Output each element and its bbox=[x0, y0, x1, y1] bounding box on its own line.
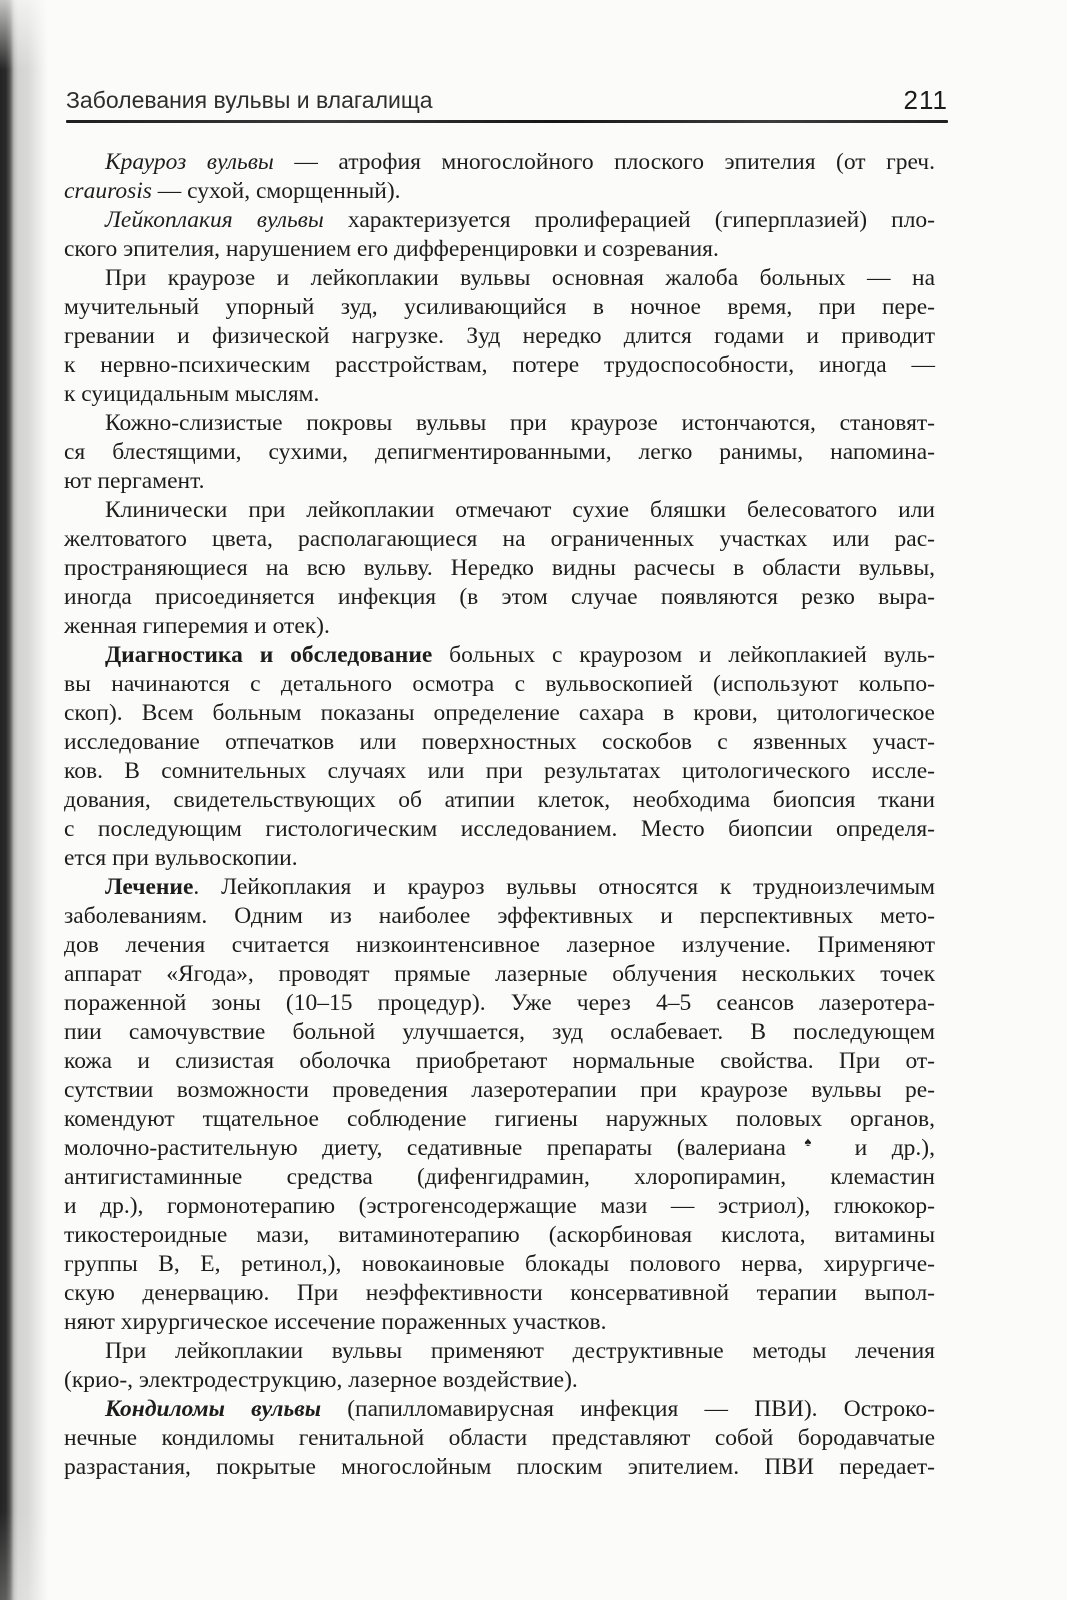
text-line: с последующим гистологическим исследован… bbox=[64, 815, 935, 844]
running-head-title: Заболевания вульвы и влагалища bbox=[66, 86, 433, 114]
text-line: ют пергамент. bbox=[64, 467, 935, 496]
text-segment: ется при вульвоскопии. bbox=[64, 845, 298, 871]
text-line: скоп). Всем больным показаны определение… bbox=[64, 699, 935, 728]
text-line: исследование отпечатков или поверхностны… bbox=[64, 728, 935, 757]
text-segment: Лейкоплакия вульвы bbox=[105, 207, 324, 233]
paragraph: Клинически при лейкоплакии отмечают сухи… bbox=[64, 496, 935, 641]
text-segment: группы В, Е, ретинол,), новокаиновые бло… bbox=[64, 1251, 935, 1277]
text-segment: и др.), гормонотерапию (эстрогенсодержащ… bbox=[64, 1193, 935, 1219]
text-line: женная гиперемия и отек). bbox=[64, 612, 935, 641]
scan-gutter-shadow bbox=[0, 0, 50, 1600]
text-segment: дования, свидетельствующих об атипии кле… bbox=[64, 787, 935, 813]
text-segment: Кондиломы вульвы bbox=[105, 1396, 321, 1422]
text-line: комендуют тщательное соблюдение гигиены … bbox=[64, 1105, 935, 1134]
text-segment: скую денервацию. При неэффективности кон… bbox=[64, 1280, 935, 1306]
text-line: Клинически при лейкоплакии отмечают сухи… bbox=[64, 496, 935, 525]
text-line: иногда присоединяется инфекция (в этом с… bbox=[64, 583, 935, 612]
text-segment: исследование отпечатков или поверхностны… bbox=[64, 729, 935, 755]
text-segment: аппарат «Ягода», проводят прямые лазерны… bbox=[64, 961, 935, 987]
text-segment: Лечение bbox=[105, 874, 193, 900]
text-segment: тикостероидные мази, витаминотерапию (ас… bbox=[64, 1222, 935, 1248]
text-line: (крио-, электродеструкцию, лазерное возд… bbox=[64, 1366, 935, 1395]
text-segment: Клинически при лейкоплакии отмечают сухи… bbox=[105, 497, 935, 523]
text-segment: Кожно-слизистые покровы вульвы при краур… bbox=[105, 410, 935, 436]
text-segment: . Лейкоплакия и крауроз вульвы относятся… bbox=[193, 874, 935, 900]
text-line: заболеваниям. Одним из наиболее эффектив… bbox=[64, 902, 935, 931]
text-line: няют хирургическое иссечение пораженных … bbox=[64, 1308, 935, 1337]
text-segment: и др.), bbox=[830, 1135, 935, 1161]
text-segment: заболеваниям. Одним из наиболее эффектив… bbox=[64, 903, 935, 929]
text-segment: ков. В сомнительных случаях или при резу… bbox=[64, 758, 935, 784]
text-segment: мучительный упорный зуд, усиливающийся в… bbox=[64, 294, 935, 320]
paragraph: Диагностика и обследование больных с кра… bbox=[64, 641, 935, 873]
text-line: антигистаминные средства (дифенгидрамин,… bbox=[64, 1163, 935, 1192]
text-line: пии самочувствие больной улучшается, зуд… bbox=[64, 1018, 935, 1047]
text-line: При краурозе и лейкоплакии вульвы основн… bbox=[64, 264, 935, 293]
text-segment: При лейкоплакии вульвы применяют деструк… bbox=[105, 1338, 935, 1364]
text-segment: гревании и физической нагрузке. Зуд нере… bbox=[64, 323, 935, 349]
text-segment: пораженной зоны (10–15 процедур). Уже че… bbox=[64, 990, 935, 1016]
text-segment: нечные кондиломы генитальной области пре… bbox=[64, 1425, 935, 1451]
paragraph: При краурозе и лейкоплакии вульвы основн… bbox=[64, 264, 935, 409]
paragraph: Лечение. Лейкоплакия и крауроз вульвы от… bbox=[64, 873, 935, 1337]
text-segment: антигистаминные средства (дифенгидрамин,… bbox=[64, 1164, 935, 1190]
text-segment: няют хирургическое иссечение пораженных … bbox=[64, 1309, 606, 1335]
text-block: Крауроз вульвы — атрофия многослойного п… bbox=[64, 148, 935, 1482]
page-number: 211 bbox=[904, 86, 948, 114]
paragraph: Крауроз вульвы — атрофия многослойного п… bbox=[64, 148, 935, 206]
text-segment: ♠ bbox=[786, 1134, 830, 1149]
text-line: аппарат «Ягода», проводят прямые лазерны… bbox=[64, 960, 935, 989]
text-segment: скоп). Всем больным показаны определение… bbox=[64, 700, 935, 726]
text-line: craurosis — сухой, сморщенный). bbox=[64, 177, 935, 206]
text-line: Диагностика и обследование больных с кра… bbox=[64, 641, 935, 670]
text-line: Кожно-слизистые покровы вульвы при краур… bbox=[64, 409, 935, 438]
text-segment: кожа и слизистая оболочка приобретают но… bbox=[64, 1048, 935, 1074]
text-segment: характеризуется пролиферацией (гиперплаз… bbox=[324, 207, 935, 233]
running-head-rule bbox=[66, 120, 948, 123]
paragraph: Кондиломы вульвы (папилломавирусная инфе… bbox=[64, 1395, 935, 1482]
text-line: ского эпителия, нарушением его дифференц… bbox=[64, 235, 935, 264]
text-line: При лейкоплакии вульвы применяют деструк… bbox=[64, 1337, 935, 1366]
text-line: к суицидальным мыслям. bbox=[64, 380, 935, 409]
text-segment: Крауроз вульвы bbox=[105, 149, 274, 175]
text-line: пространяющиеся на всю вульву. Нередко в… bbox=[64, 554, 935, 583]
text-segment: иногда присоединяется инфекция (в этом с… bbox=[64, 584, 935, 610]
book-page: Заболевания вульвы и влагалища 211 Краур… bbox=[0, 0, 1067, 1600]
text-segment: больных с краурозом и лейкоплакией вуль- bbox=[432, 642, 935, 668]
text-segment: При краурозе и лейкоплакии вульвы основн… bbox=[105, 265, 935, 291]
text-segment: женная гиперемия и отек). bbox=[64, 613, 330, 639]
text-line: вы начинаются с детального осмотра с вул… bbox=[64, 670, 935, 699]
text-line: скую денервацию. При неэффективности кон… bbox=[64, 1279, 935, 1308]
text-line: Кондиломы вульвы (папилломавирусная инфе… bbox=[64, 1395, 935, 1424]
text-line: ся блестящими, сухими, депигментированны… bbox=[64, 438, 935, 467]
text-line: Лечение. Лейкоплакия и крауроз вульвы от… bbox=[64, 873, 935, 902]
text-line: кожа и слизистая оболочка приобретают но… bbox=[64, 1047, 935, 1076]
paragraph: Кожно-слизистые покровы вульвы при краур… bbox=[64, 409, 935, 496]
text-line: гревании и физической нагрузке. Зуд нере… bbox=[64, 322, 935, 351]
text-line: дования, свидетельствующих об атипии кле… bbox=[64, 786, 935, 815]
text-line: желтоватого цвета, располагающиеся на ог… bbox=[64, 525, 935, 554]
text-line: к нервно-психическим расстройствам, поте… bbox=[64, 351, 935, 380]
text-segment: разрастания, покрытые многослойным плоск… bbox=[64, 1454, 935, 1480]
text-line: дов лечения считается низкоинтенсивное л… bbox=[64, 931, 935, 960]
text-segment: пии самочувствие больной улучшается, зуд… bbox=[64, 1019, 935, 1045]
text-segment: желтоватого цвета, располагающиеся на ог… bbox=[64, 526, 935, 552]
text-segment: ют пергамент. bbox=[64, 468, 204, 494]
text-line: и др.), гормонотерапию (эстрогенсодержащ… bbox=[64, 1192, 935, 1221]
text-segment: к нервно-психическим расстройствам, поте… bbox=[64, 352, 935, 378]
text-line: пораженной зоны (10–15 процедур). Уже че… bbox=[64, 989, 935, 1018]
text-line: нечные кондиломы генитальной области пре… bbox=[64, 1424, 935, 1453]
text-segment: пространяющиеся на всю вульву. Нередко в… bbox=[64, 555, 935, 581]
text-segment: — атрофия многослойного плоского эпители… bbox=[274, 149, 935, 175]
text-line: группы В, Е, ретинол,), новокаиновые бло… bbox=[64, 1250, 935, 1279]
text-segment: к суицидальным мыслям. bbox=[64, 381, 319, 407]
text-segment: молочно-растительную диету, седативные п… bbox=[64, 1135, 786, 1161]
paragraph: Лейкоплакия вульвы характеризуется проли… bbox=[64, 206, 935, 264]
text-segment: (папилломавирусная инфекция — ПВИ). Остр… bbox=[321, 1396, 935, 1422]
text-segment: craurosis bbox=[64, 178, 152, 204]
text-line: ков. В сомнительных случаях или при резу… bbox=[64, 757, 935, 786]
text-segment: (крио-, электродеструкцию, лазерное возд… bbox=[64, 1367, 578, 1393]
text-line: тикостероидные мази, витаминотерапию (ас… bbox=[64, 1221, 935, 1250]
text-segment: вы начинаются с детального осмотра с вул… bbox=[64, 671, 935, 697]
text-segment: с последующим гистологическим исследован… bbox=[64, 816, 935, 842]
text-line: Крауроз вульвы — атрофия многослойного п… bbox=[64, 148, 935, 177]
text-segment: ся блестящими, сухими, депигментированны… bbox=[64, 439, 935, 465]
text-line: сутствии возможности проведения лазероте… bbox=[64, 1076, 935, 1105]
text-line: мучительный упорный зуд, усиливающийся в… bbox=[64, 293, 935, 322]
text-line: молочно-растительную диету, седативные п… bbox=[64, 1134, 935, 1163]
text-line: Лейкоплакия вульвы характеризуется проли… bbox=[64, 206, 935, 235]
text-segment: Диагностика и обследование bbox=[105, 642, 432, 668]
text-segment: — сухой, сморщенный). bbox=[152, 178, 401, 204]
text-segment: комендуют тщательное соблюдение гигиены … bbox=[64, 1106, 935, 1132]
paragraph: При лейкоплакии вульвы применяют деструк… bbox=[64, 1337, 935, 1395]
text-segment: сутствии возможности проведения лазероте… bbox=[64, 1077, 935, 1103]
text-line: разрастания, покрытые многослойным плоск… bbox=[64, 1453, 935, 1482]
text-line: ется при вульвоскопии. bbox=[64, 844, 935, 873]
text-segment: дов лечения считается низкоинтенсивное л… bbox=[64, 932, 935, 958]
text-segment: ского эпителия, нарушением его дифференц… bbox=[64, 236, 719, 262]
